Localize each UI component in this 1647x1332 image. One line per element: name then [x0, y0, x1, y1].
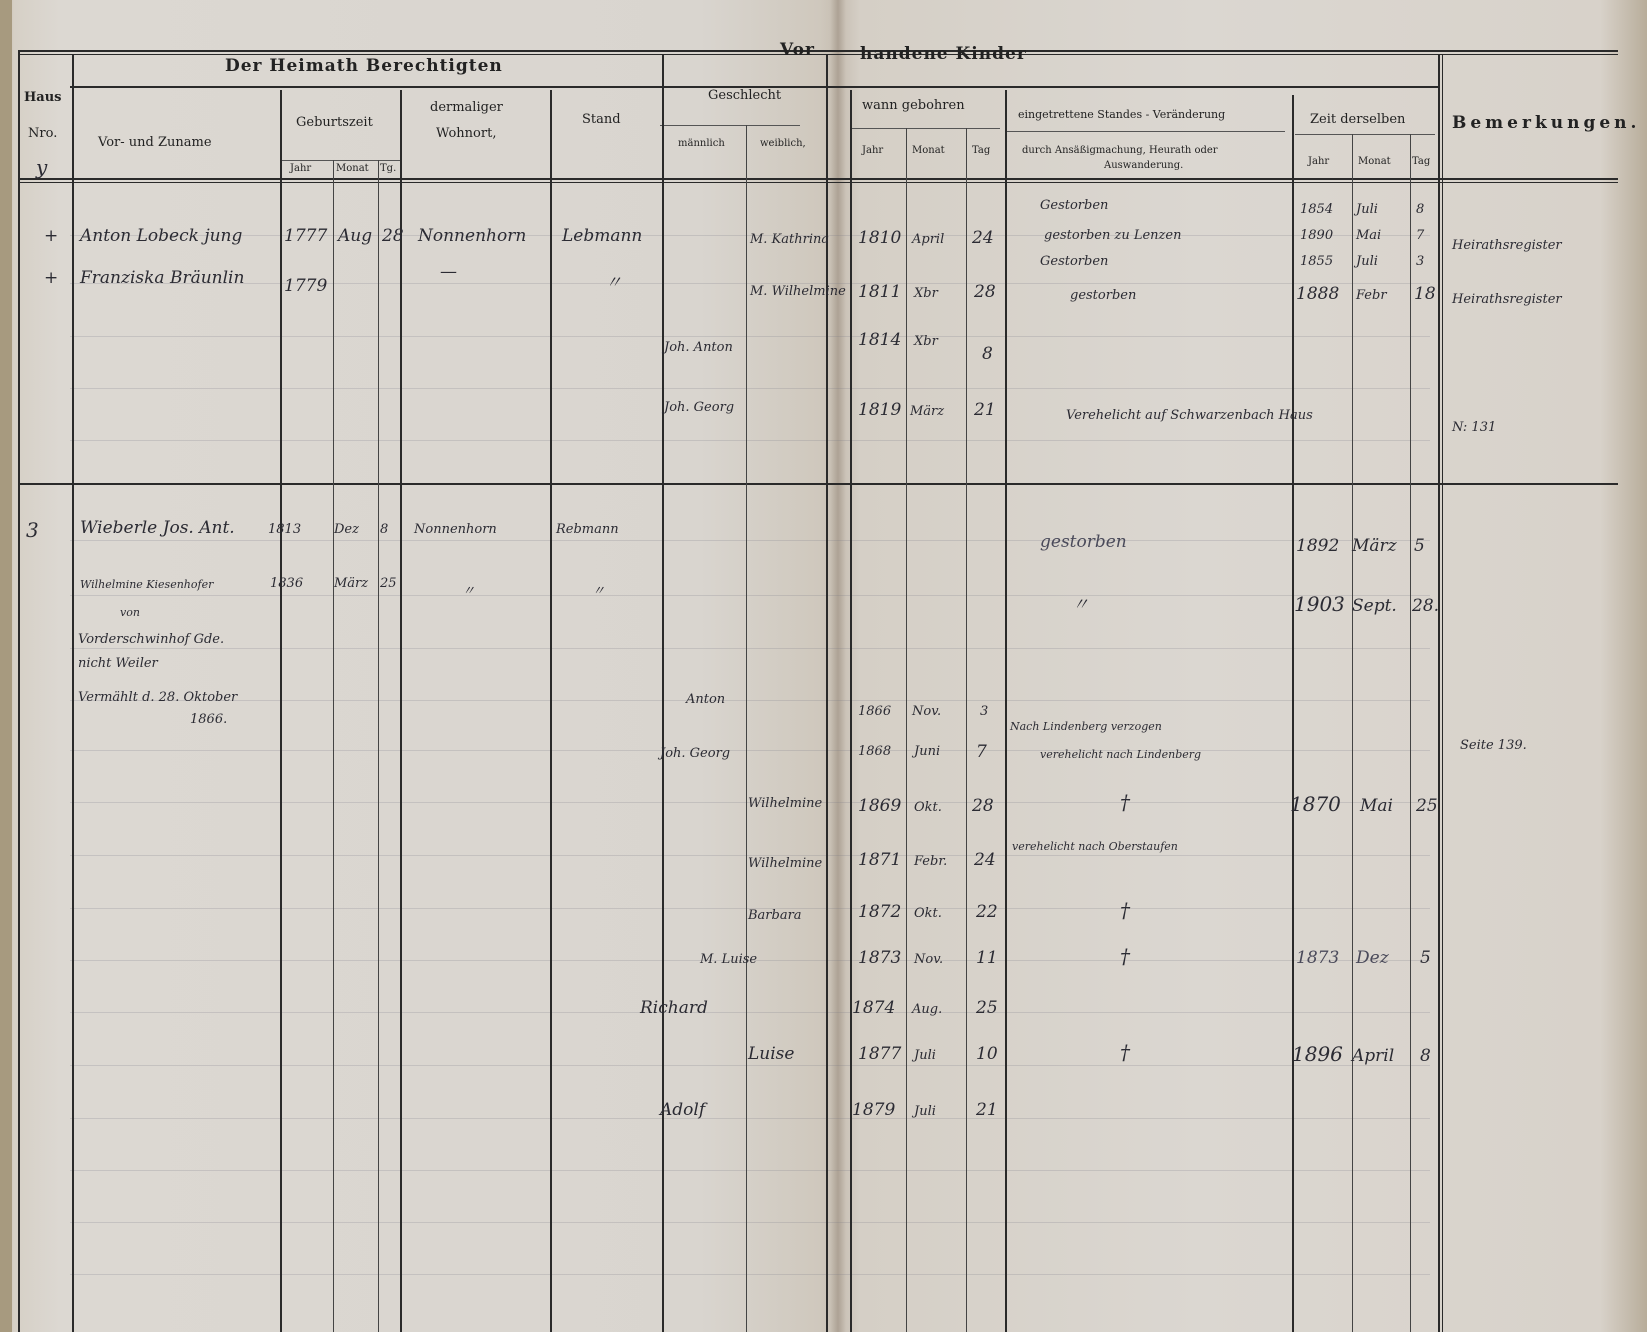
- person-residence: —: [440, 262, 457, 282]
- child-female: Wilhelmine: [748, 796, 822, 811]
- child-birth-month: Xbr: [914, 334, 938, 349]
- col-line: [400, 90, 402, 1332]
- col-line: [966, 128, 967, 1332]
- header-bottom-border: [18, 182, 1618, 183]
- col-line: [18, 50, 20, 1332]
- person-residence: Nonnenhorn: [418, 226, 526, 246]
- book-spine: [830, 0, 846, 1332]
- header-vor-und-zuname: Vor- und Zuname: [98, 135, 212, 150]
- ruled-line: [70, 1065, 1430, 1066]
- child-birth-year: 1871: [858, 850, 901, 870]
- child-change: verehelicht nach Oberstaufen: [1012, 840, 1178, 853]
- child-male: Richard: [640, 998, 708, 1018]
- person-status: Rebmann: [556, 522, 619, 537]
- col-line: [662, 54, 664, 1332]
- child-male: Joh. Georg: [664, 400, 734, 415]
- header-bemerkungen: Bemerkungen.: [1452, 113, 1640, 133]
- change-day: 25: [1416, 796, 1438, 816]
- header-geb-tag: Tg.: [380, 163, 396, 174]
- child-change: Verehelicht auf Schwarzenbach Haus: [1066, 408, 1313, 423]
- person-birth-year: 1779: [284, 276, 327, 296]
- change-day: 3: [1416, 254, 1424, 269]
- child-change: Gestorben: [1040, 198, 1108, 213]
- col-line: [1442, 54, 1443, 1332]
- child-birth-month: Aug.: [912, 1002, 942, 1017]
- child-change: Gestorben: [1040, 254, 1108, 269]
- header-bottom-border: [18, 178, 1618, 180]
- entry-divider: [18, 483, 1618, 485]
- header-veraenderung-sub-b: Auswanderung.: [1104, 160, 1183, 171]
- ruled-line: [70, 648, 1430, 649]
- change-year: 1892: [1296, 536, 1339, 556]
- house-number: 3: [26, 518, 39, 542]
- header-weiblich: weiblich,: [760, 138, 806, 149]
- table-top-border: [18, 50, 1618, 52]
- col-line: [746, 125, 747, 1332]
- child-male: Joh. Georg: [660, 746, 730, 761]
- header-nro-mark: y: [36, 155, 47, 179]
- child-birth-month: Okt.: [914, 906, 942, 921]
- person-birth-day: 25: [380, 576, 397, 591]
- geburtszeit-subdivider: [280, 160, 400, 161]
- child-birth-month: Nov.: [914, 952, 943, 967]
- change-day: 8: [1416, 202, 1424, 217]
- child-birth-day: 10: [976, 1044, 998, 1064]
- child-birth-year: 1810: [858, 228, 901, 248]
- table-top-border: [18, 54, 1618, 55]
- child-birth-day: 11: [976, 948, 998, 968]
- change-year: 1854: [1300, 202, 1333, 217]
- cross-death-icon: †: [1120, 1040, 1130, 1064]
- cross-death-icon: †: [1120, 944, 1130, 968]
- change-year: 1855: [1300, 254, 1333, 269]
- geschlecht-subdivider: [660, 125, 800, 126]
- col-line: [550, 90, 552, 1332]
- change-day: 8: [1420, 1046, 1431, 1066]
- ruled-line: [70, 540, 1430, 541]
- header-geb-jahr: Jahr: [290, 163, 311, 174]
- change-month: Juli: [1356, 254, 1378, 269]
- ruled-line: [70, 595, 1430, 596]
- child-birth-month: Juli: [914, 1104, 936, 1119]
- child-birth-month: Febr.: [914, 854, 947, 869]
- child-birth-year: 1869: [858, 796, 901, 816]
- change-year: 1888: [1296, 284, 1339, 304]
- person-residence: 〃: [462, 580, 475, 599]
- child-female: Wilhelmine: [748, 856, 822, 871]
- col-line: [850, 90, 852, 1332]
- remark: N: 131: [1452, 420, 1496, 435]
- child-birth-day: 21: [974, 400, 996, 420]
- child-female: M. Kathrina: [750, 232, 829, 247]
- child-birth-month: Juli: [914, 1048, 936, 1063]
- change-year: 1896: [1292, 1042, 1343, 1066]
- header-zeit-monat: Monat: [1358, 156, 1391, 167]
- header-wann-gebohren: wann gebohren: [862, 98, 965, 113]
- change-month: Mai: [1360, 796, 1393, 816]
- child-female: M. Wilhelmine: [750, 284, 846, 299]
- change-month: Sept.: [1352, 596, 1397, 616]
- gebohren-subdivider: [850, 128, 1000, 129]
- person-birth-month: Dez: [334, 522, 359, 537]
- child-birth-year: 1879: [852, 1100, 895, 1120]
- header-zeit-jahr: Jahr: [1308, 156, 1329, 167]
- change-day: 5: [1414, 536, 1425, 556]
- child-birth-year: 1866: [858, 704, 891, 719]
- death-mark: +: [44, 268, 58, 288]
- change-month: Mai: [1356, 228, 1381, 243]
- person-birth-year: 1813: [268, 522, 301, 537]
- child-birth-year: 1814: [858, 330, 901, 350]
- person-status: Lebmann: [562, 226, 642, 246]
- header-kind-monat: Monat: [912, 145, 945, 156]
- person-note: Vorderschwinhof Gde.: [78, 632, 224, 647]
- child-birth-year: 1873: [858, 948, 901, 968]
- person-note: von: [120, 606, 140, 619]
- child-birth-day: 21: [976, 1100, 998, 1120]
- person-note: nicht Weiler: [78, 656, 158, 671]
- col-line: [906, 128, 907, 1332]
- change-day: 5: [1420, 948, 1431, 968]
- header-haus: Haus: [24, 90, 61, 105]
- change-month: Febr: [1356, 288, 1387, 303]
- child-change: gestorben: [1070, 288, 1136, 303]
- header-nro: Nro.: [28, 126, 57, 141]
- header-maennlich: männlich: [678, 138, 725, 149]
- cross-death-icon: †: [1120, 790, 1130, 814]
- child-birth-year: 1877: [858, 1044, 901, 1064]
- col-line: [1005, 90, 1007, 1332]
- col-line: [378, 160, 379, 1332]
- child-birth-month: Xbr: [914, 286, 938, 301]
- col-line: [1410, 134, 1411, 1332]
- change-month: Juli: [1356, 202, 1378, 217]
- child-change: Nach Lindenberg verzogen: [1010, 720, 1162, 733]
- child-change: verehelicht nach Lindenberg: [1040, 748, 1201, 761]
- ruled-line: [70, 1170, 1430, 1171]
- col-line: [1292, 95, 1294, 1332]
- col-line: [1352, 134, 1353, 1332]
- change-year: 1903: [1294, 592, 1345, 616]
- child-male: Anton: [686, 692, 725, 707]
- person-change: 〃: [1072, 590, 1089, 615]
- veraenderung-subdivider: [1005, 131, 1285, 132]
- child-birth-year: 1811: [858, 282, 901, 302]
- header-geschlecht: Geschlecht: [708, 88, 781, 103]
- child-birth-year: 1868: [858, 744, 891, 759]
- change-month: April: [1352, 1046, 1394, 1066]
- ruled-line: [70, 1274, 1430, 1275]
- child-birth-month: Juni: [914, 744, 940, 759]
- header-zeit-tag: Tag: [1412, 156, 1430, 167]
- ruled-line: [70, 336, 1430, 337]
- death-mark: +: [44, 226, 58, 246]
- header-wohnort-b: Wohnort,: [436, 126, 496, 141]
- child-birth-day: 24: [972, 228, 994, 248]
- cross-death-icon: †: [1120, 898, 1130, 922]
- change-day: 28.: [1412, 596, 1439, 616]
- child-female: M. Luise: [700, 952, 757, 967]
- book-edge: [0, 0, 12, 1332]
- person-name: Franziska Bräunlin: [80, 268, 244, 288]
- person-status: 〃: [605, 268, 622, 293]
- ruled-line: [70, 440, 1430, 441]
- ruled-line: [70, 1118, 1430, 1119]
- header-geb-monat: Monat: [336, 163, 369, 174]
- header-zeit-derselben: Zeit derselben: [1310, 112, 1405, 127]
- remark: Heirathsregister: [1452, 238, 1562, 253]
- change-day: 7: [1416, 228, 1424, 243]
- child-male: Adolf: [660, 1100, 705, 1120]
- header-stand: Stand: [582, 112, 621, 127]
- header-wohnort-a: dermaliger: [430, 100, 503, 115]
- header-standes-veraenderung: eingetrettene Standes - Veränderung: [1018, 108, 1225, 121]
- person-birth-year: 1836: [270, 576, 303, 591]
- header-kind-tag: Tag: [972, 145, 990, 156]
- person-name: Anton Lobeck jung: [80, 226, 242, 246]
- header-kind-jahr: Jahr: [862, 145, 883, 156]
- person-status: 〃: [592, 580, 605, 599]
- person-note: 1866.: [190, 712, 227, 727]
- child-birth-day: 7: [976, 742, 987, 762]
- header-vorhandene-a: Vor: [780, 40, 815, 60]
- child-birth-month: März: [910, 404, 944, 419]
- person-note: Vermählt d. 28. Oktober: [78, 690, 237, 705]
- person-birth-day: 28: [382, 226, 404, 246]
- person-residence: Nonnenhorn: [414, 522, 497, 537]
- child-birth-day: 24: [974, 850, 996, 870]
- ruled-line: [70, 1222, 1430, 1223]
- child-change: gestorben zu Lenzen: [1044, 228, 1181, 243]
- header-veraenderung-sub-a: durch Ansäßigmachung, Heurath oder: [1022, 145, 1218, 156]
- child-birth-month: Nov.: [912, 704, 941, 719]
- header-geburtszeit: Geburtszeit: [296, 115, 373, 130]
- child-female: Barbara: [748, 908, 802, 923]
- remark: Seite 139.: [1460, 738, 1527, 753]
- child-birth-year: 1872: [858, 902, 901, 922]
- change-month: Dez: [1356, 948, 1389, 968]
- col-line: [1438, 54, 1440, 1332]
- child-birth-day: 25: [976, 998, 998, 1018]
- person-birth-month: Aug: [338, 226, 372, 246]
- person-birth-day: 8: [380, 522, 388, 537]
- zeit-subdivider: [1295, 134, 1435, 135]
- child-birth-day: 3: [980, 704, 988, 719]
- child-male: Joh. Anton: [664, 340, 733, 355]
- child-female: Luise: [748, 1044, 794, 1064]
- change-day: 18: [1414, 284, 1436, 304]
- child-birth-month: Okt.: [914, 800, 942, 815]
- ruled-line: [70, 388, 1430, 389]
- ruled-line: [70, 1012, 1430, 1013]
- header-heimath-berechtigten: Der Heimath Berechtigten: [225, 56, 503, 76]
- person-change: gestorben: [1040, 532, 1127, 552]
- child-birth-day: 28: [972, 796, 994, 816]
- col-line: [333, 160, 334, 1332]
- col-line: [280, 90, 282, 1332]
- change-year: 1873: [1296, 948, 1339, 968]
- child-birth-day: 22: [976, 902, 998, 922]
- child-birth-year: 1874: [852, 998, 895, 1018]
- register-page-spread: Haus Nro. y Der Heimath Berechtigten Vor…: [0, 0, 1647, 1332]
- child-birth-month: April: [912, 232, 944, 247]
- change-year: 1890: [1300, 228, 1333, 243]
- child-birth-day: 8: [982, 344, 993, 364]
- person-birth-year: 1777: [284, 226, 327, 246]
- child-birth-year: 1819: [858, 400, 901, 420]
- header-vorhandene-b: handene Kinder: [860, 44, 1027, 64]
- change-month: März: [1352, 536, 1397, 556]
- col-line: [72, 54, 74, 1332]
- person-birth-month: März: [334, 576, 368, 591]
- change-year: 1870: [1290, 792, 1341, 816]
- ruled-line: [70, 700, 1430, 701]
- person-name: Wilhelmine Kiesenhofer: [80, 578, 213, 591]
- person-name: Wieberle Jos. Ant.: [80, 518, 235, 538]
- ruled-line: [70, 750, 1430, 751]
- remark: Heirathsregister: [1452, 292, 1562, 307]
- child-birth-day: 28: [974, 282, 996, 302]
